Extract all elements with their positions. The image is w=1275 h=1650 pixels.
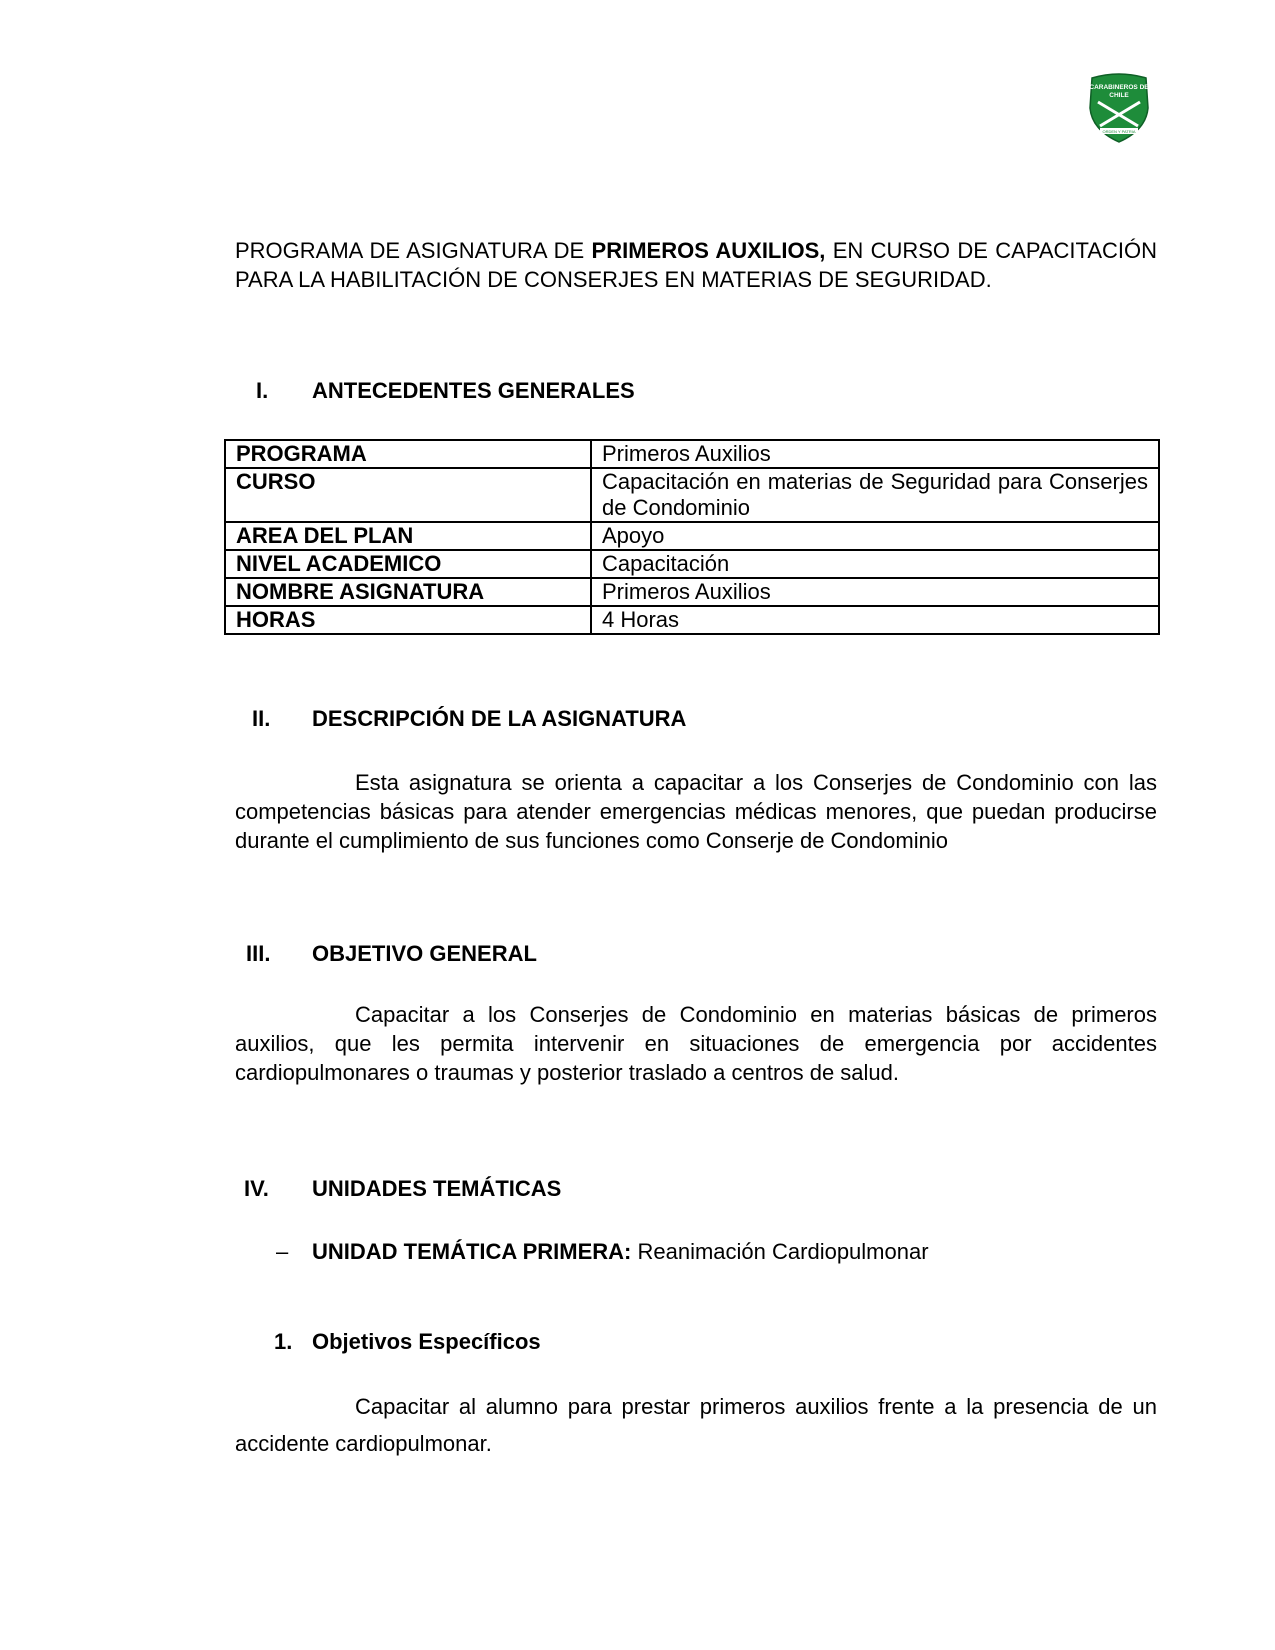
objetivo-paragraph: Capacitar a los Conserjes de Condominio …	[235, 1000, 1157, 1087]
table-value: 4 Horas	[591, 606, 1159, 634]
table-value: Primeros Auxilios	[591, 578, 1159, 606]
document-title: PROGRAMA DE ASIGNATURA DE PRIMEROS AUXIL…	[235, 236, 1157, 294]
logo-text-top: CARABINEROS DE	[1089, 84, 1149, 91]
descripcion-paragraph: Esta asignatura se orienta a capacitar a…	[235, 768, 1157, 855]
table-row: AREA DEL PLANApoyo	[225, 522, 1159, 550]
section-title: ANTECEDENTES GENERALES	[312, 378, 635, 404]
table-key: NOMBRE ASIGNATURA	[225, 578, 591, 606]
section-title: OBJETIVO GENERAL	[312, 941, 537, 967]
table-key: AREA DEL PLAN	[225, 522, 591, 550]
descripcion-text: Esta asignatura se orienta a capacitar a…	[235, 770, 1157, 853]
logo-ribbon-text: ORDEN Y PATRIA	[1102, 129, 1135, 134]
table-key: PROGRAMA	[225, 440, 591, 468]
objetivo-text: Capacitar a los Conserjes de Condominio …	[235, 1002, 1157, 1085]
antecedentes-table: PROGRAMAPrimeros Auxilios CURSOCapacitac…	[224, 439, 1160, 635]
section-heading-objetivo: III. OBJETIVO GENERAL	[0, 941, 1275, 971]
section-number: I.	[256, 378, 268, 404]
unidad-tematica-item: – UNIDAD TEMÁTICA PRIMERA: Reanimación C…	[0, 1239, 1275, 1269]
table-value: Apoyo	[591, 522, 1159, 550]
table-value: Capacitación	[591, 550, 1159, 578]
section-heading-antecedentes: I. ANTECEDENTES GENERALES	[0, 378, 1275, 408]
table-key: NIVEL ACADEMICO	[225, 550, 591, 578]
title-bold: PRIMEROS AUXILIOS,	[592, 238, 826, 263]
objetivos-especificos-paragraph: Capacitar al alumno para prestar primero…	[235, 1388, 1157, 1462]
subsection-number: 1.	[274, 1329, 292, 1355]
table-row: HORAS4 Horas	[225, 606, 1159, 634]
logo-text-bottom: CHILE	[1109, 92, 1129, 99]
table-key: CURSO	[225, 468, 591, 522]
section-heading-descripcion: II. DESCRIPCIÓN DE LA ASIGNATURA	[0, 706, 1275, 736]
section-heading-unidades: IV. UNIDADES TEMÁTICAS	[0, 1176, 1275, 1206]
table-row: CURSOCapacitación en materias de Segurid…	[225, 468, 1159, 522]
unit-value: Reanimación Cardiopulmonar	[631, 1239, 928, 1264]
objetivos-especificos-text: Capacitar al alumno para prestar primero…	[235, 1394, 1157, 1456]
objetivos-especificos-heading: 1. Objetivos Específicos	[0, 1329, 1275, 1359]
section-title: UNIDADES TEMÁTICAS	[312, 1176, 561, 1202]
table-row: NIVEL ACADEMICOCapacitación	[225, 550, 1159, 578]
title-prefix: PROGRAMA DE ASIGNATURA DE	[235, 238, 592, 263]
subsection-title: Objetivos Específicos	[312, 1329, 541, 1355]
carabineros-shield-icon: CARABINEROS DE CHILE ORDEN Y PATRIA	[1086, 72, 1152, 144]
table-row: NOMBRE ASIGNATURAPrimeros Auxilios	[225, 578, 1159, 606]
table-row: PROGRAMAPrimeros Auxilios	[225, 440, 1159, 468]
dash-bullet-icon: –	[276, 1239, 288, 1265]
section-number: III.	[246, 941, 270, 967]
unit-label: UNIDAD TEMÁTICA PRIMERA:	[312, 1239, 631, 1264]
table-key: HORAS	[225, 606, 591, 634]
table-value: Capacitación en materias de Seguridad pa…	[591, 468, 1159, 522]
table-value: Primeros Auxilios	[591, 440, 1159, 468]
section-number: IV.	[244, 1176, 269, 1202]
section-title: DESCRIPCIÓN DE LA ASIGNATURA	[312, 706, 686, 732]
section-number: II.	[252, 706, 270, 732]
